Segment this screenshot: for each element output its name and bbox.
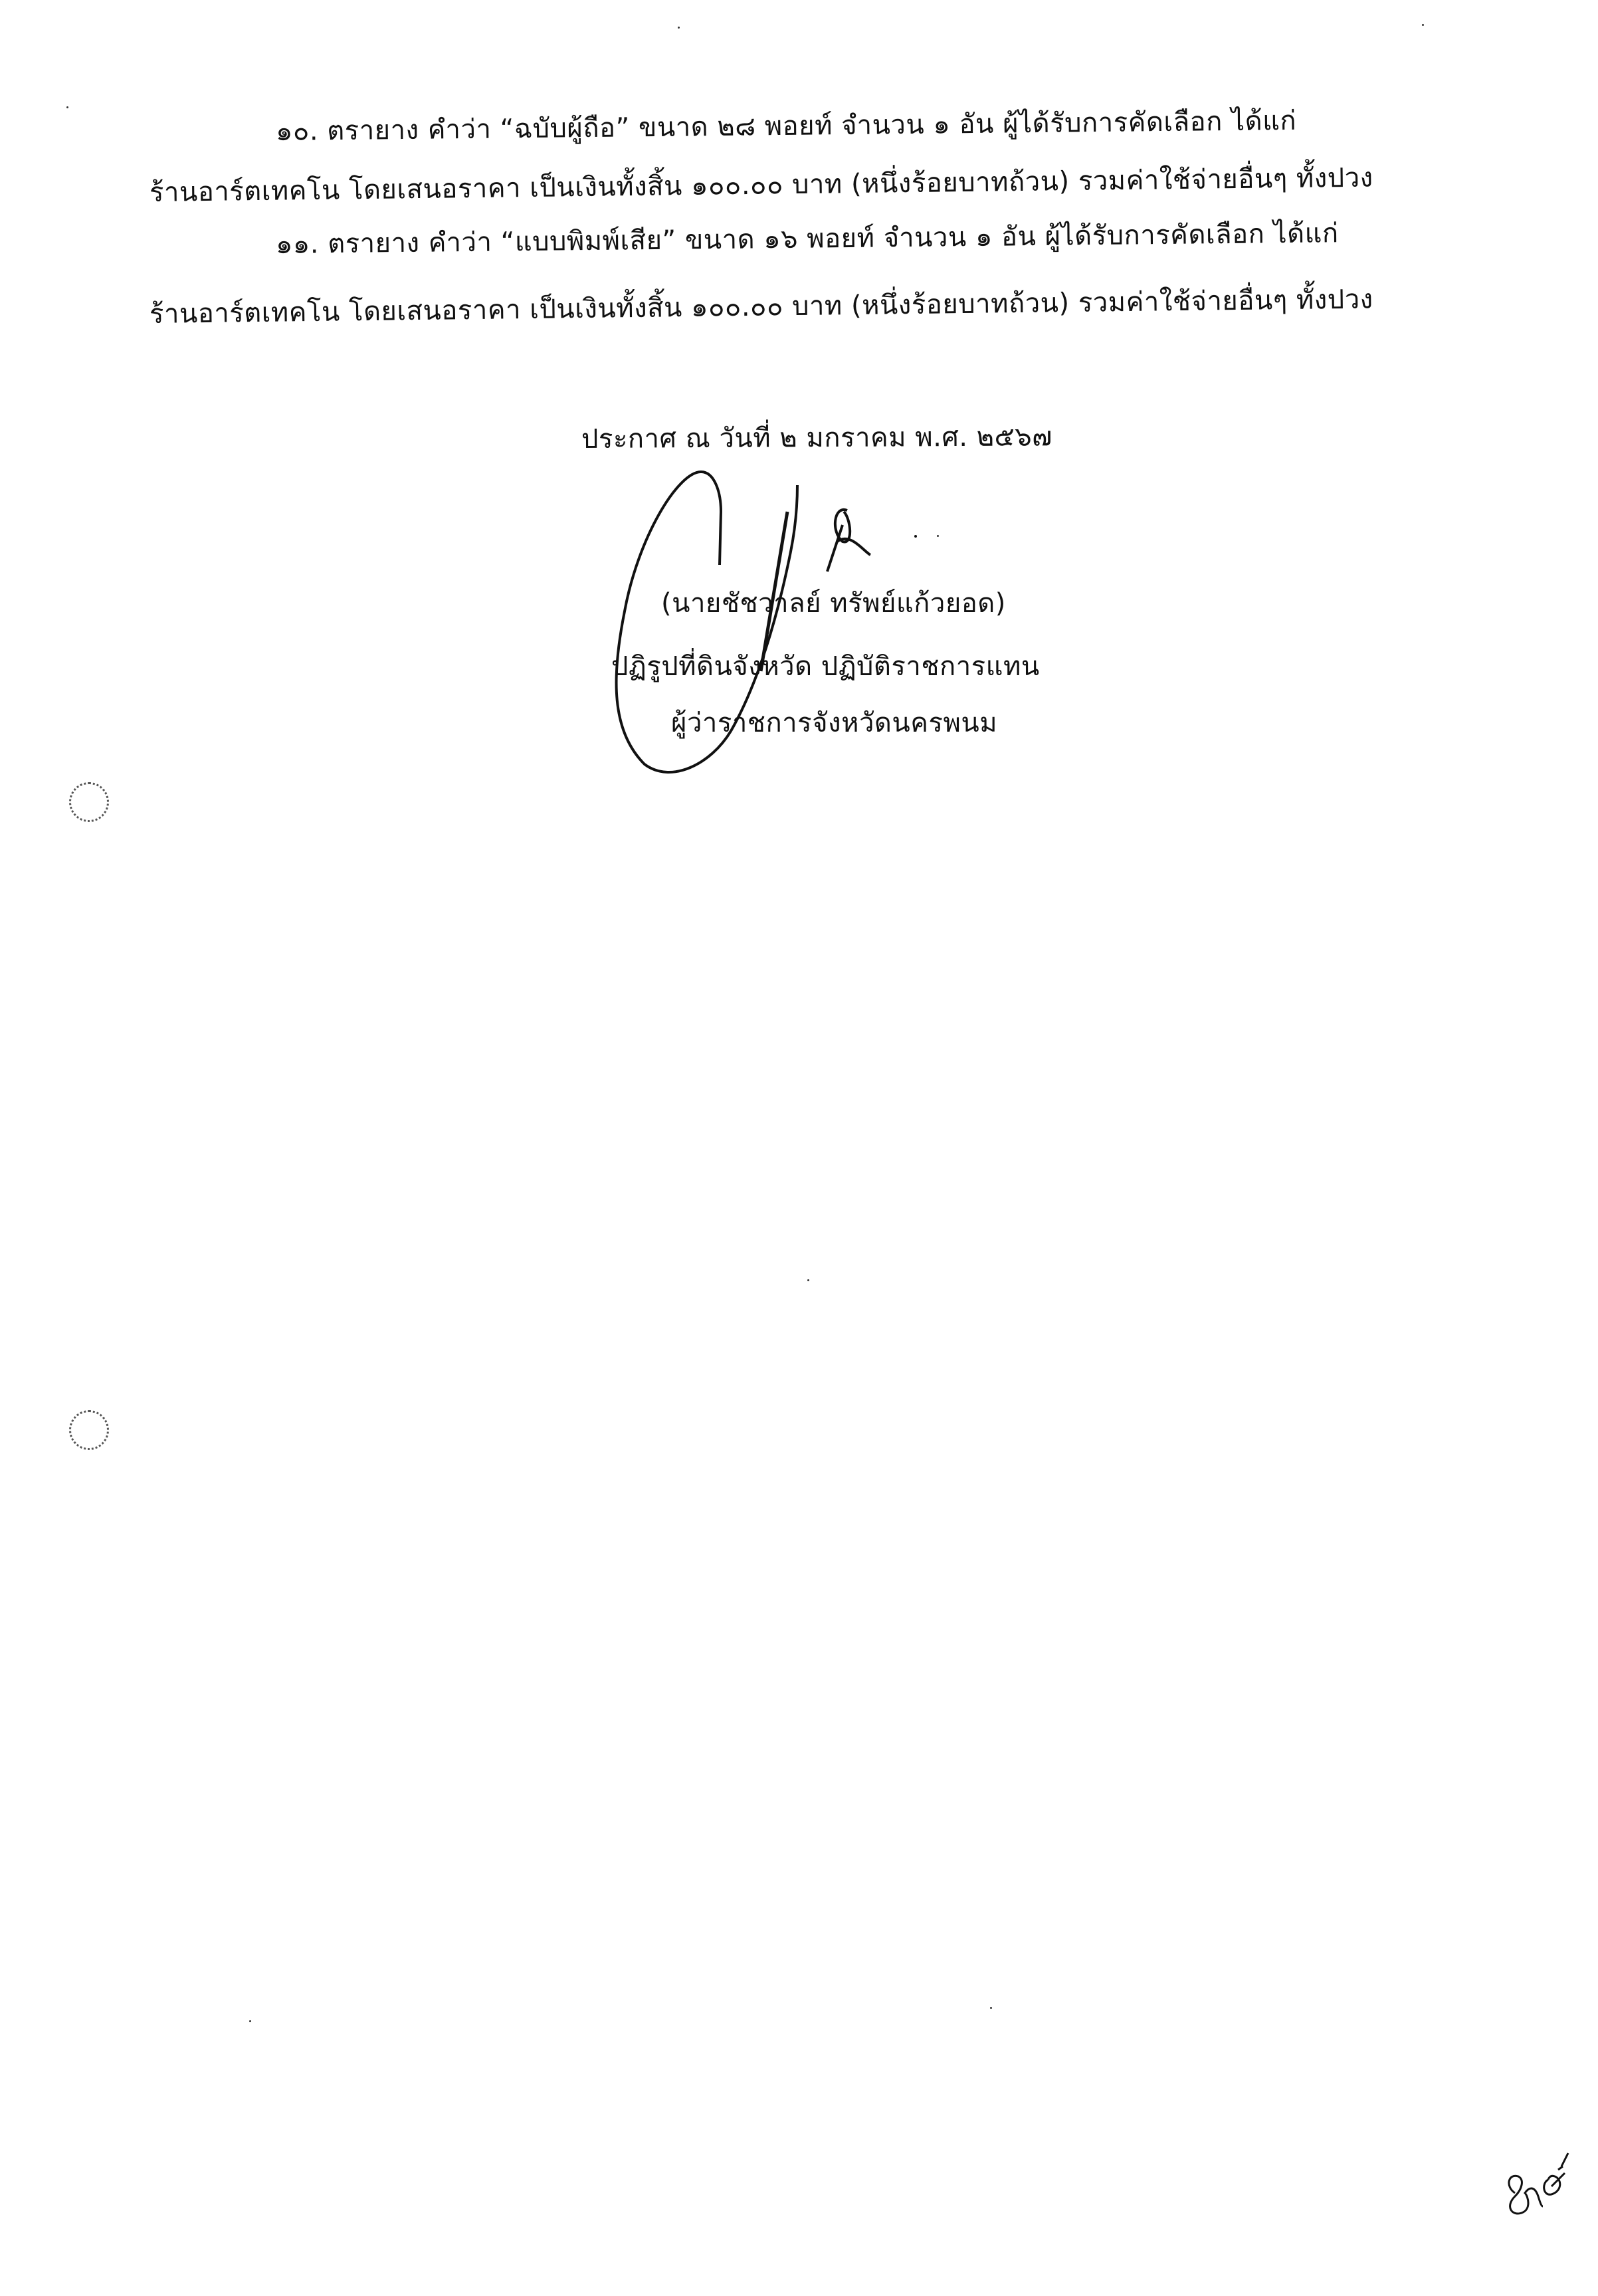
item-10-line-2: ร้านอาร์ตเทคโน โดยเสนอราคา เป็นเงินทั้งส… [150,159,1373,211]
item-10-line-1: ๑๐. ตรายาง คำว่า “ฉบับผู้ถือ” ขนาด ๒๘ พอ… [276,102,1297,150]
signatory-name: (นายชัชวาลย์ ทรัพย์แก้วยอด) [661,585,1006,622]
scan-speck [1422,24,1424,26]
scan-speck [249,2020,251,2022]
scan-speck [807,1279,809,1281]
handwritten-initials-icon [1502,2146,1575,2220]
scan-speck [678,27,680,29]
scan-speck [937,535,939,537]
item-11-line-2: ร้านอาร์ตเทคโน โดยเสนอราคา เป็นเงินทั้งส… [150,281,1373,333]
scan-speck [990,2007,992,2009]
punch-hole-icon [69,782,109,822]
document-page: ๑๐. ตรายาง คำว่า “ฉบับผู้ถือ” ขนาด ๒๘ พอ… [0,0,1598,2296]
item-11-line-1: ๑๑. ตรายาง คำว่า “แบบพิมพ์เสีย” ขนาด ๑๖ … [276,215,1339,263]
punch-hole-icon [69,1410,109,1450]
announcement-date: ประกาศ ณ วันที่ ๒ มกราคม พ.ศ. ๒๕๖๗ [581,418,1052,458]
scan-speck [66,106,68,108]
signatory-title-1: ปฏิรูปที่ดินจังหวัด ปฏิบัติราชการแทน [611,648,1040,685]
signatory-title-2: ผู้ว่าราชการจังหวัดนครพนม [671,704,997,742]
